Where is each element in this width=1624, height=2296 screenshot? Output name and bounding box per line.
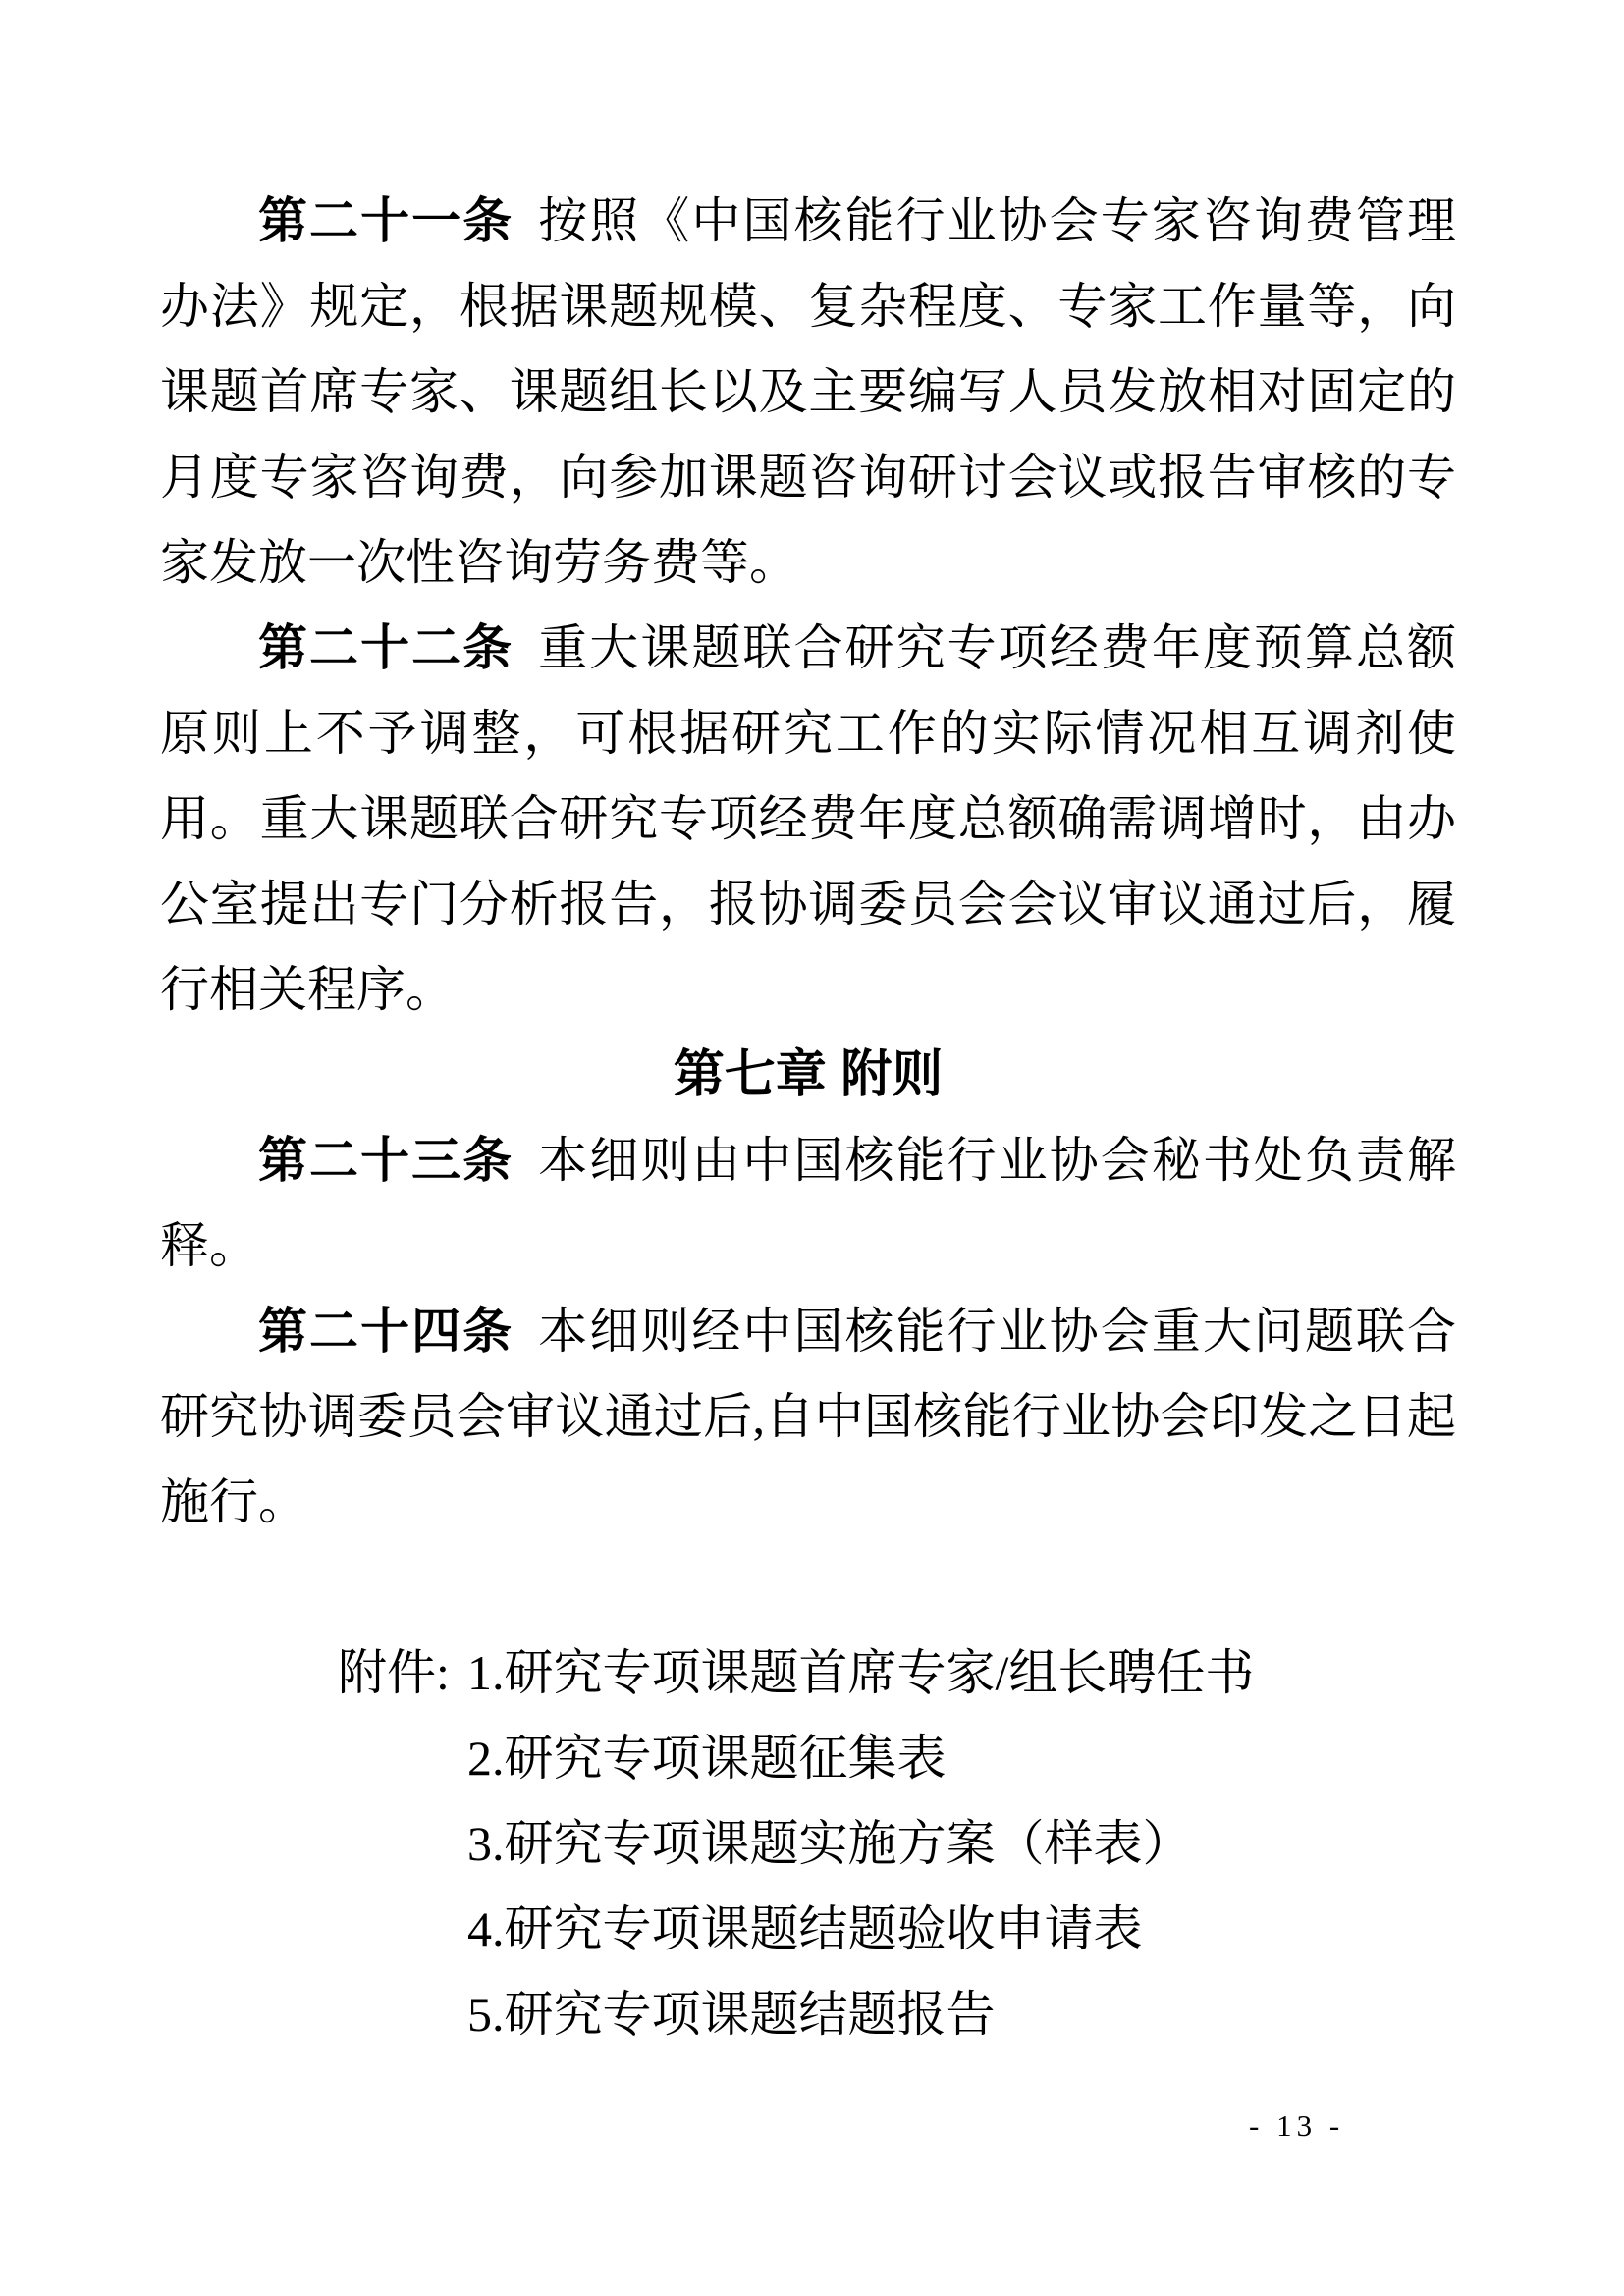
article-23-paragraph: 第二十三条本细则由中国核能行业协会秘书处负责解释。 xyxy=(160,1118,1456,1289)
article-22-paragraph: 第二十二条重大课题联合研究专项经费年度预算总额原则上不予调整，可根据研究工作的实… xyxy=(160,606,1456,1033)
document-page: 第二十一条按照《中国核能行业协会专家咨询费管理办法》规定，根据课题规模、复杂程度… xyxy=(0,0,1624,2296)
article-21-text: 按照《中国核能行业协会专家咨询费管理办法》规定，根据课题规模、复杂程度、专家工作… xyxy=(160,193,1456,590)
attachment-row-3: 3.研究专项课题实施方案（样表） xyxy=(160,1801,1456,1887)
attachment-row-4: 4.研究专项课题结题验收申请表 xyxy=(160,1887,1456,1972)
article-21-paragraph: 第二十一条按照《中国核能行业协会专家咨询费管理办法》规定，根据课题规模、复杂程度… xyxy=(160,179,1456,606)
article-24-paragraph: 第二十四条本细则经中国核能行业协会重大问题联合研究协调委员会审议通过后,自中国核… xyxy=(160,1289,1456,1545)
attachment-row-5: 5.研究专项课题结题报告 xyxy=(160,1972,1456,2057)
chapter-heading: 第七章 附则 xyxy=(160,1033,1456,1118)
article-24-number: 第二十四条 xyxy=(258,1304,514,1359)
attachments-section: 附件: 1.研究专项课题首席专家/组长聘任书 2.研究专项课题征集表 3.研究专… xyxy=(160,1630,1456,2057)
attachments-label: 附件: xyxy=(338,1630,467,1716)
attachment-item-5: 5.研究专项课题结题报告 xyxy=(467,1972,996,2057)
page-number: - 13 - xyxy=(1249,2109,1344,2144)
attachment-row-2: 2.研究专项课题征集表 xyxy=(160,1716,1456,1801)
attachment-row-1: 附件: 1.研究专项课题首席专家/组长聘任书 xyxy=(160,1630,1456,1716)
article-22-number: 第二十二条 xyxy=(258,620,514,675)
attachment-item-4: 4.研究专项课题结题验收申请表 xyxy=(467,1887,1143,1972)
article-22-text: 重大课题联合研究专项经费年度预算总额原则上不予调整，可根据研究工作的实际情况相互… xyxy=(160,620,1456,1017)
document-body: 第二十一条按照《中国核能行业协会专家咨询费管理办法》规定，根据课题规模、复杂程度… xyxy=(160,179,1456,2057)
attachment-item-3: 3.研究专项课题实施方案（样表） xyxy=(467,1801,1192,1887)
article-21-number: 第二十一条 xyxy=(258,193,514,248)
attachment-item-2: 2.研究专项课题征集表 xyxy=(467,1716,947,1801)
attachment-item-1: 1.研究专项课题首席专家/组长聘任书 xyxy=(467,1630,1254,1716)
article-23-number: 第二十三条 xyxy=(258,1133,514,1188)
